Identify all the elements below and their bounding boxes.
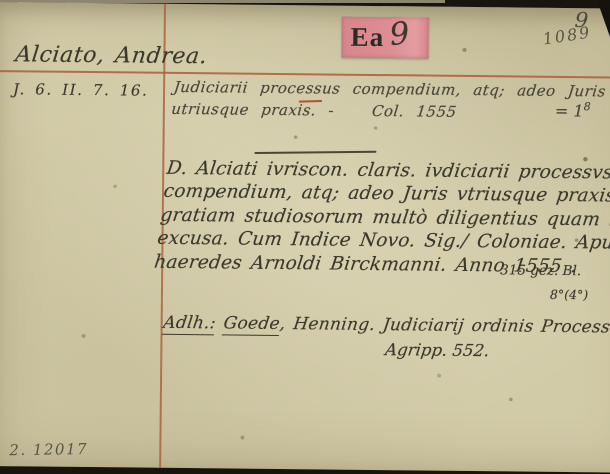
shelfmark: J. 6. II. 7. 16. xyxy=(13,80,149,99)
note-label: Adlh.: xyxy=(162,313,217,336)
hand-drawn-divider xyxy=(254,151,376,154)
note-name: Goede xyxy=(222,313,281,336)
classification-prefix: Ea xyxy=(350,22,384,53)
entry-line-2: utriusque praxis. -Col. 1555 xyxy=(170,98,604,124)
author-heading: Alciato, Andrea. xyxy=(14,42,209,69)
format-note: 8°(4°) xyxy=(550,287,588,302)
classification-number: 9 xyxy=(388,15,411,53)
entry-line-2a: utriusque praxis. - xyxy=(170,100,335,120)
bound-with-note: Adlh.: Goede, Henning. Judiciarij ordini… xyxy=(162,313,610,338)
entry-short-title: Judiciarii processus compendium, atq; ad… xyxy=(170,76,607,124)
bottom-inventory-number: 2. 12017 xyxy=(9,440,88,459)
catalog-card-scan: Alciato, Andrea. J. 6. II. 7. 16. Ea 9 9… xyxy=(0,0,610,474)
collation-note: 315 gez. Bl. xyxy=(500,262,581,279)
full-description: D. Alciati ivriscon. claris. ivdiciarii … xyxy=(153,157,610,279)
catalog-card: Alciato, Andrea. J. 6. II. 7. 16. Ea 9 9… xyxy=(0,2,610,473)
classification-label: Ea 9 xyxy=(341,17,428,59)
copies-count: = 18 xyxy=(555,100,591,121)
note-rest: , Henning. Judiciarij ordinis Processus. xyxy=(279,314,610,338)
accession-number: 1089 xyxy=(542,23,593,49)
copies-superscript: 8 xyxy=(584,100,591,113)
entry-line-2b: Col. 1555 xyxy=(371,102,458,121)
bibliographic-reference: Agripp. 552. xyxy=(384,340,491,360)
